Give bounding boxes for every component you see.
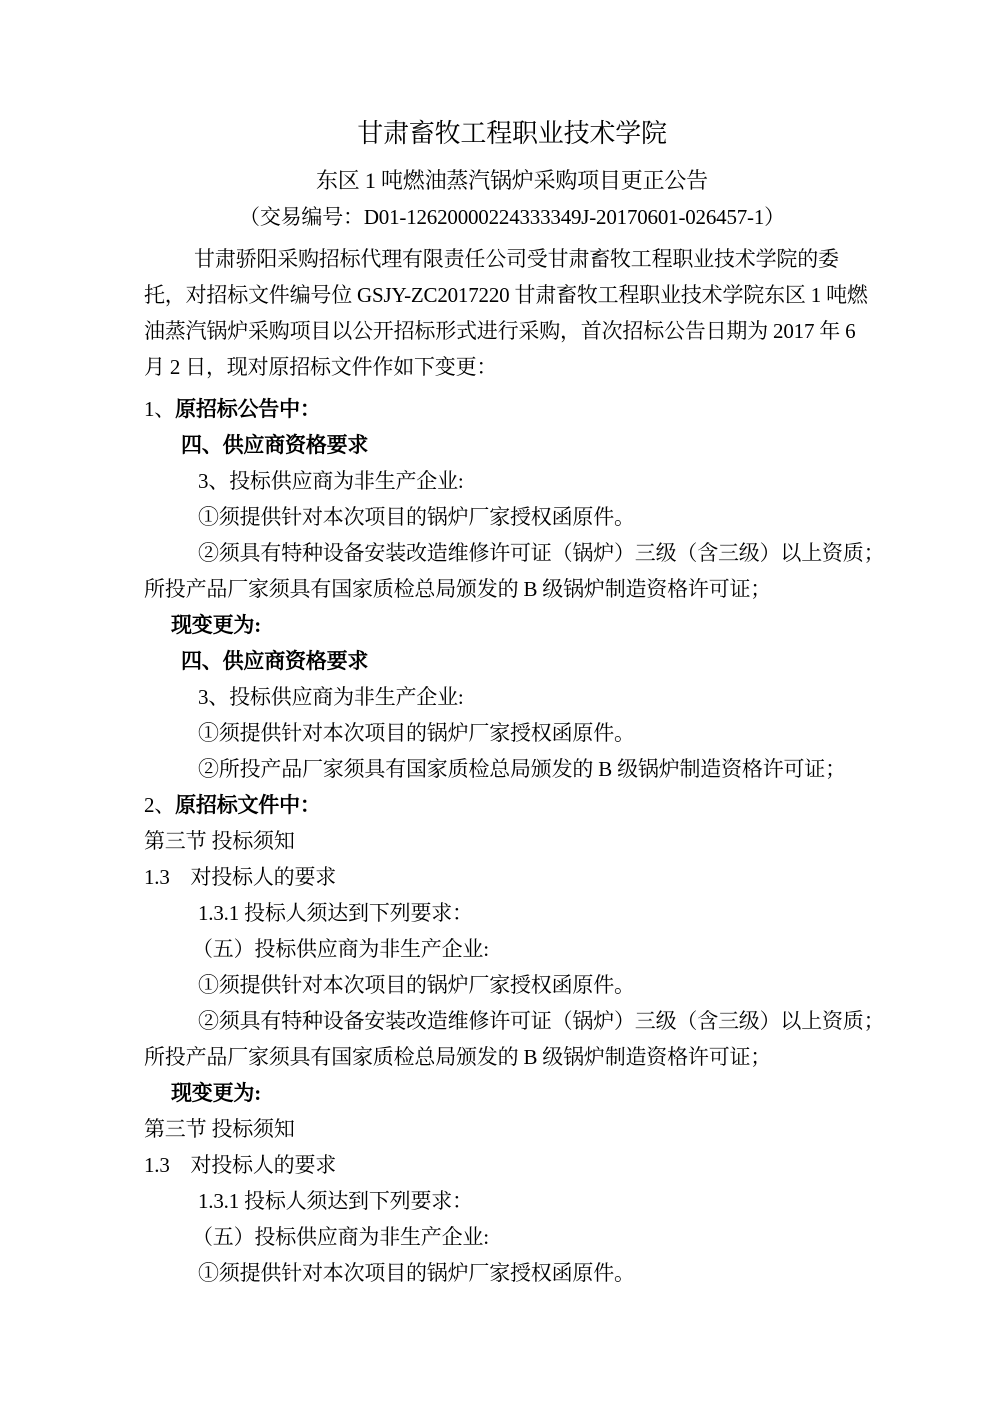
doc-title: 甘肃畜牧工程职业技术学院 — [144, 116, 880, 152]
intro-line-3: 油蒸汽锅炉采购项目以公开招标形式进行采购，首次招标公告日期为 2017 年 6 — [144, 313, 880, 349]
s2-orig-item-circle-1: ①须提供针对本次项目的锅炉厂家授权函原件。 — [144, 967, 880, 1003]
s2-orig-clause-1-3-1: 1.3.1 投标人须达到下列要求： — [144, 895, 880, 931]
section-1-heading-text: 原招标公告中： — [175, 397, 321, 421]
s1-orig-item-circle-2-continuation: 所投产品厂家须具有国家质检总局颁发的 B 级锅炉制造资格许可证； — [144, 571, 880, 607]
document-page: 甘肃畜牧工程职业技术学院 东区 1 吨燃油蒸汽锅炉采购项目更正公告 （交易编号：… — [0, 0, 1000, 1414]
s2-orig-clause-1-3: 1.3 对投标人的要求 — [144, 859, 880, 895]
s2-orig-chapter-heading: 第三节 投标须知 — [144, 823, 880, 859]
s1-changed-item-circle-2: ②所投产品厂家须具有国家质检总局颁发的 B 级锅炉制造资格许可证； — [144, 751, 880, 787]
section-2-heading-text: 原招标文件中： — [175, 793, 321, 817]
s2-orig-item-5: （五）投标供应商为非生产企业: — [144, 931, 880, 967]
intro-line-2: 托，对招标文件编号位 GSJY-ZC2017220 甘肃畜牧工程职业技术学院东区… — [144, 277, 880, 313]
s2-changed-clause-1-3-1: 1.3.1 投标人须达到下列要求： — [144, 1183, 880, 1219]
s1-change-label: 现变更为: — [144, 607, 880, 643]
s2-changed-chapter-heading: 第三节 投标须知 — [144, 1111, 880, 1147]
s2-change-label: 现变更为: — [144, 1075, 880, 1111]
section-1-heading: 1、原招标公告中： — [144, 391, 880, 427]
s1-changed-supplier-qualification-heading: 四、供应商资格要求 — [144, 643, 880, 679]
s1-orig-item-circle-1: ①须提供针对本次项目的锅炉厂家授权函原件。 — [144, 499, 880, 535]
s2-orig-item-circle-2: ②须具有特种设备安装改造维修许可证（锅炉）三级（含三级）以上资质； — [144, 1003, 880, 1039]
document-content: 甘肃畜牧工程职业技术学院 东区 1 吨燃油蒸汽锅炉采购项目更正公告 （交易编号：… — [144, 116, 880, 1291]
section-2-number: 2、 — [144, 793, 175, 817]
s1-orig-item-3: 3、投标供应商为非生产企业: — [144, 463, 880, 499]
s2-changed-clause-1-3: 1.3 对投标人的要求 — [144, 1147, 880, 1183]
s1-changed-item-3: 3、投标供应商为非生产企业: — [144, 679, 880, 715]
section-1-number: 1、 — [144, 397, 175, 421]
s2-changed-item-circle-1: ①须提供针对本次项目的锅炉厂家授权函原件。 — [144, 1255, 880, 1291]
s2-orig-item-circle-2-continuation: 所投产品厂家须具有国家质检总局颁发的 B 级锅炉制造资格许可证； — [144, 1039, 880, 1075]
s1-orig-supplier-qualification-heading: 四、供应商资格要求 — [144, 427, 880, 463]
intro-line-1: 甘肃骄阳采购招标代理有限责任公司受甘肃畜牧工程职业技术学院的委 — [144, 241, 880, 277]
s1-changed-item-circle-1: ①须提供针对本次项目的锅炉厂家授权函原件。 — [144, 715, 880, 751]
s2-changed-item-5: （五）投标供应商为非生产企业: — [144, 1219, 880, 1255]
section-2-heading: 2、原招标文件中： — [144, 787, 880, 823]
intro-line-4: 月 2 日，现对原招标文件作如下变更： — [144, 349, 880, 385]
s1-orig-item-circle-2: ②须具有特种设备安装改造维修许可证（锅炉）三级（含三级）以上资质； — [144, 535, 880, 571]
doc-subtitle: 东区 1 吨燃油蒸汽锅炉采购项目更正公告 — [144, 163, 880, 199]
transaction-number: （交易编号：D01-12620000224333349J-20170601-02… — [144, 199, 880, 235]
